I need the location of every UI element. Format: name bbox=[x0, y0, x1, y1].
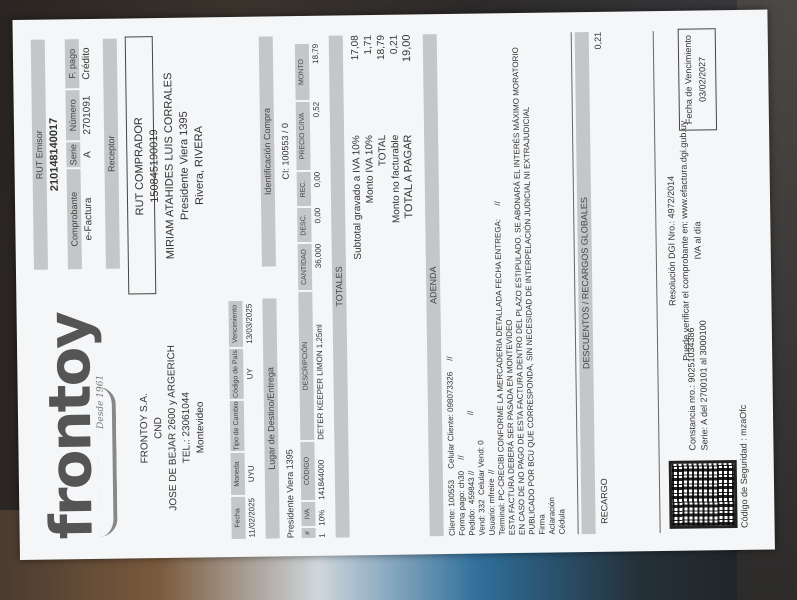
item-cell: 141844000 bbox=[316, 442, 326, 500]
recargo-value: 0,21 bbox=[593, 32, 604, 82]
item-cell: 0,00 bbox=[313, 172, 322, 206]
total-value: 17,08 bbox=[349, 35, 363, 95]
item-header: PRECIO C/IVA bbox=[296, 102, 311, 170]
item-header: DESCRIPCIÓN bbox=[298, 292, 314, 440]
info-header: Tipo de Cambio bbox=[230, 401, 245, 451]
id-compra-label: Identificación Compra bbox=[259, 36, 276, 266]
total-value: 19,00 bbox=[401, 34, 415, 94]
item-cell: 36,000 bbox=[314, 244, 324, 290]
resolution-block: Resolución DGI Nro.: 4972/2014 Puede ver… bbox=[664, 110, 707, 371]
totals-list: Subtotal gravado a IVA 10%17,08Monto IVA… bbox=[349, 34, 418, 355]
total-label: TOTAL A PAGAR bbox=[402, 94, 419, 354]
item-cell: 0,00 bbox=[313, 208, 322, 242]
totals-label: TOTALES bbox=[329, 35, 350, 537]
vencimiento-label: Fecha de Vencimiento bbox=[681, 30, 696, 130]
issuer-city: Montevideo bbox=[193, 317, 210, 537]
comprobante-label: Comprobante bbox=[67, 169, 82, 269]
rut-emisor: 210148140017 bbox=[47, 39, 62, 269]
fpago-value: Crédito bbox=[81, 39, 93, 88]
comprobante-value: e-Factura bbox=[83, 169, 95, 269]
vencimiento-value: 03/02/2027 bbox=[695, 29, 710, 129]
serie-label: Serie bbox=[66, 142, 80, 167]
item-cell: 0,52 bbox=[312, 102, 322, 170]
total-value: 1,71 bbox=[362, 35, 376, 95]
vencimiento-box: Fecha de Vencimiento 03/02/2027 bbox=[678, 28, 717, 131]
recargo-label: RECARGO bbox=[599, 478, 610, 524]
fpago-label: F. pago bbox=[65, 39, 80, 88]
items-table: #1IVA10%CÓDIGO141844000DESCRIPCIÓNDETER … bbox=[295, 36, 302, 538]
logo-tagline: Desde 1961 bbox=[95, 375, 106, 429]
total-value: 18,79 bbox=[375, 35, 389, 95]
info-table: Fecha11/02/2025MonedaUYUTipo de CambioCó… bbox=[228, 299, 231, 539]
delivery-label: Lugar de Destino/Entrega bbox=[262, 298, 279, 538]
info-value: 13/03/2025 bbox=[244, 301, 254, 347]
issuer-block: FRONTOY S.A. CND JOSE DE BEJAR 2600 y AR… bbox=[137, 317, 210, 538]
receptor-label: Receptor bbox=[103, 39, 120, 269]
info-value: UY bbox=[245, 349, 255, 399]
adenda-label: ADENDA bbox=[423, 34, 444, 536]
item-header: # bbox=[302, 528, 316, 538]
delivery-value: Presidente Viera 1395 bbox=[284, 449, 295, 538]
info-header: Fecha bbox=[231, 497, 246, 539]
serie-value: A bbox=[82, 142, 93, 167]
receptor-block: RUT COMPRADOR 150845190019 MIRIAM ATAHID… bbox=[131, 37, 210, 294]
numero-value: 2701091 bbox=[81, 90, 93, 140]
item-header: CANTIDAD bbox=[298, 244, 313, 290]
item-header: REC. bbox=[297, 172, 311, 206]
receptor-city: Rivera, RIVERA bbox=[191, 37, 210, 293]
item-cell: 10% bbox=[317, 502, 326, 526]
item-cell: 1 bbox=[318, 528, 327, 538]
info-value: UYU bbox=[247, 453, 257, 495]
codigo-seguridad: Código de Seguridad : mzaOfc bbox=[738, 405, 750, 528]
item-header: CÓDIGO bbox=[300, 442, 315, 500]
info-value: 11/02/2025 bbox=[247, 497, 257, 539]
qr-code-icon bbox=[669, 460, 738, 529]
frontoy-logo: frontoy bbox=[35, 312, 106, 539]
item-header: MONTO bbox=[295, 44, 310, 100]
discounts-label: DESCUENTOS / RECARGOS GLOBALES bbox=[575, 32, 596, 534]
invoice-paper: frontoy Desde 1961 FRONTOY S.A. CND JOSE… bbox=[12, 10, 774, 560]
rut-emisor-label: RUT Emisor bbox=[31, 40, 48, 270]
info-header: Código de País bbox=[229, 349, 244, 399]
item-header: DESC. bbox=[297, 208, 311, 242]
info-header: Moneda bbox=[231, 453, 246, 495]
total-value: 0,21 bbox=[388, 35, 402, 95]
item-cell: DETER KEEPER LIMON 1,25ml bbox=[314, 292, 325, 440]
numero-label: Número bbox=[65, 90, 80, 140]
divider bbox=[653, 31, 661, 533]
id-compra: CI: 100553 / 0 bbox=[279, 36, 292, 266]
info-header: Vencimiento bbox=[228, 301, 243, 347]
item-header: IVA bbox=[301, 502, 315, 526]
item-cell: 18,79 bbox=[311, 44, 321, 100]
adenda-lines: Cliente: 100553 Celular Cliente: 0980733… bbox=[441, 32, 568, 536]
info-value bbox=[246, 401, 247, 451]
